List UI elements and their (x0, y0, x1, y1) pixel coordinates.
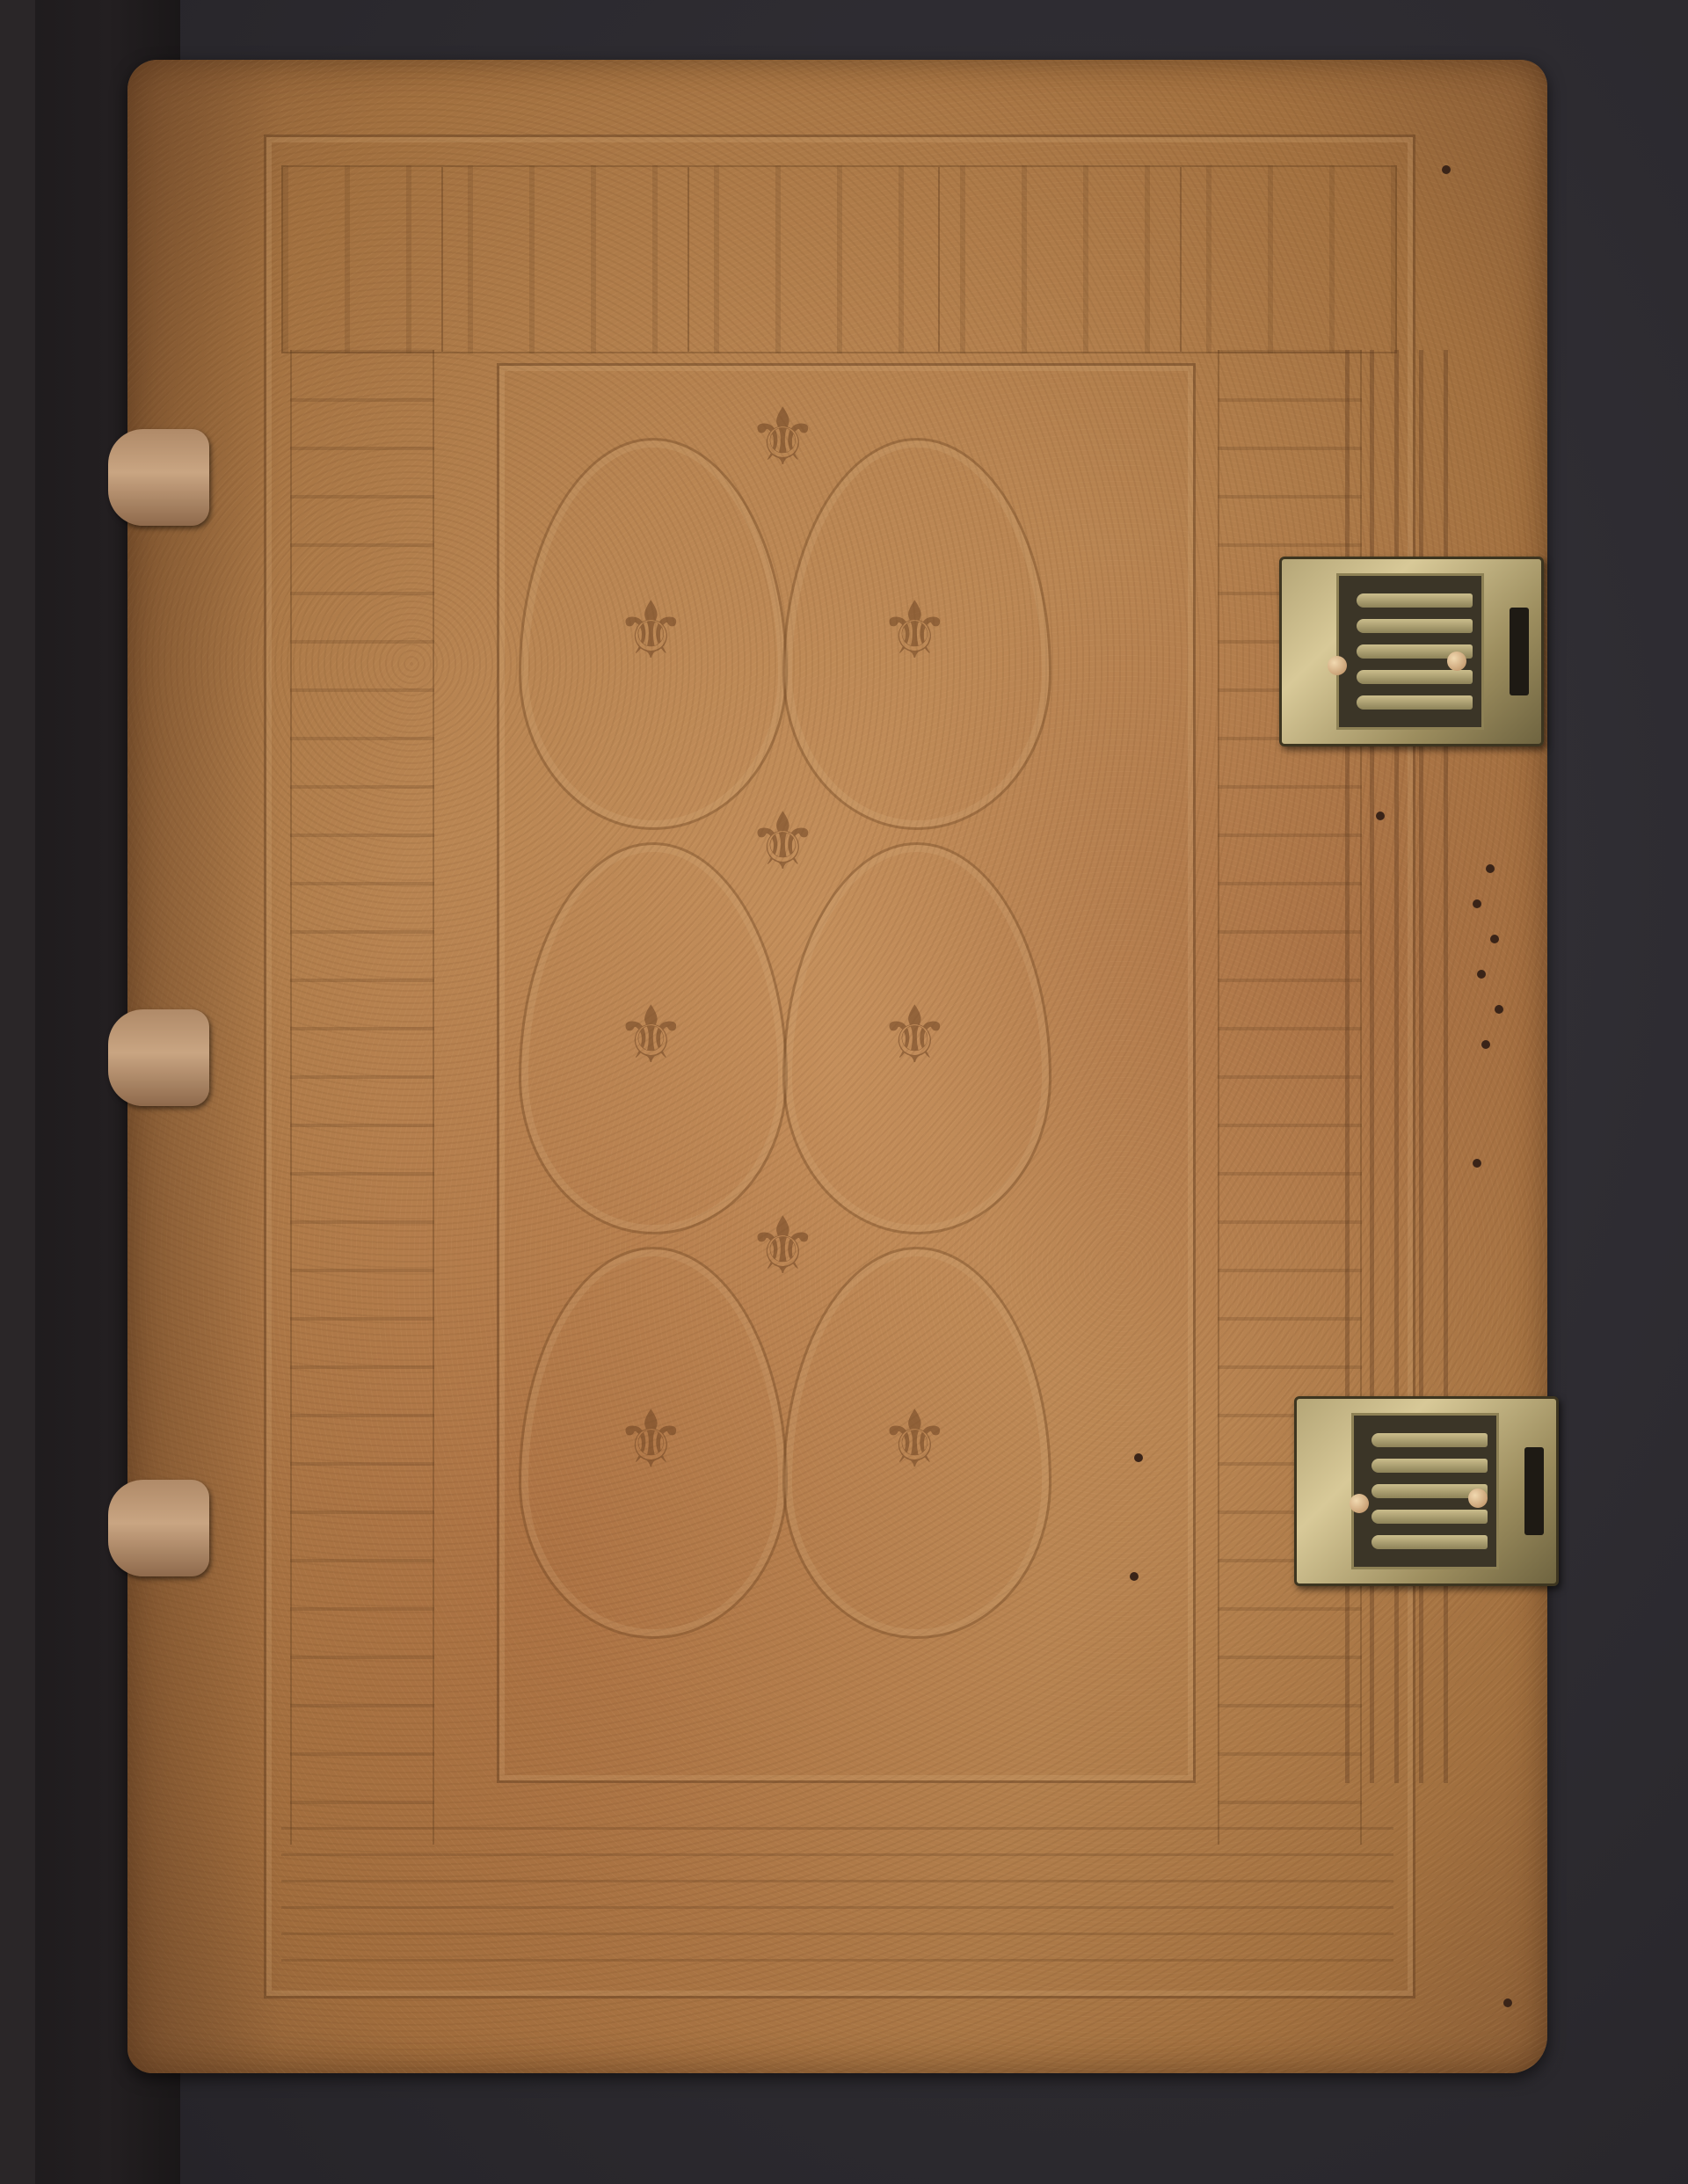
centre-lozenge-panel: ⚜ ⚜ ⚜ ⚜ ⚜ ⚜ ⚜ ⚜ ⚜ (519, 385, 1196, 1783)
clasp-engraved-bar (1371, 1510, 1488, 1524)
raised-band-2 (108, 1009, 209, 1106)
fleur-de-lis-icon: ⚜ (879, 983, 941, 1088)
wormhole (1490, 935, 1499, 943)
clasp-rivet (1350, 1494, 1369, 1513)
fleur-de-lis-icon: ⚜ (615, 1387, 677, 1493)
wormhole (1134, 1453, 1143, 1462)
bottom-roll-border (281, 1827, 1393, 1977)
fleur-de-lis-icon: ⚜ (615, 983, 677, 1088)
wormhole (1477, 970, 1486, 979)
clasp-catch-slot (1510, 608, 1529, 695)
wormhole (1503, 1998, 1512, 2007)
fleur-de-lis-icon: ⚜ (747, 385, 809, 491)
frieze-panel-divider (1180, 167, 1182, 352)
book-cover: ⚜ ⚜ ⚜ ⚜ ⚜ ⚜ ⚜ ⚜ ⚜ (127, 60, 1547, 2073)
clasp-engraved-bar (1371, 1459, 1488, 1473)
clasp-rivet (1468, 1489, 1488, 1508)
raised-band-3 (108, 1480, 209, 1576)
clasp-engraved-bar (1357, 695, 1473, 710)
wormhole (1473, 899, 1481, 908)
raised-band-1 (108, 429, 209, 526)
clasp-engraved-bar (1357, 670, 1473, 684)
clasp-catch-slot (1524, 1447, 1544, 1535)
clasp-rivet (1328, 656, 1347, 675)
fleur-de-lis-icon: ⚜ (879, 1387, 941, 1493)
wormhole (1481, 1040, 1490, 1049)
wormhole (1130, 1572, 1139, 1581)
wormhole (1486, 864, 1495, 873)
wormhole (1442, 165, 1451, 174)
top-frieze-border (281, 165, 1397, 353)
fleur-de-lis-icon: ⚜ (879, 579, 941, 684)
clasp-engraved-bar (1371, 1535, 1488, 1549)
fleur-de-lis-icon: ⚜ (747, 1194, 809, 1299)
frieze-panel-divider (441, 167, 443, 352)
left-roll-border (290, 350, 434, 1845)
wormhole (1473, 1159, 1481, 1168)
frieze-panel-divider (688, 167, 689, 352)
fleur-de-lis-icon: ⚜ (615, 579, 677, 684)
clasp-engraved-bar (1357, 619, 1473, 633)
brass-clasp-upper (1279, 557, 1544, 746)
clasp-engraved-bar (1371, 1433, 1488, 1447)
wormhole (1495, 1005, 1503, 1014)
clasp-engraved-bar (1357, 593, 1473, 608)
wormhole (1376, 812, 1385, 820)
backdrop-strip (0, 0, 35, 2184)
brass-clasp-lower (1294, 1396, 1559, 1586)
clasp-engraved-plate (1336, 573, 1484, 730)
fleur-de-lis-icon: ⚜ (747, 790, 809, 895)
clasp-rivet (1447, 652, 1466, 671)
frieze-panel-divider (938, 167, 940, 352)
